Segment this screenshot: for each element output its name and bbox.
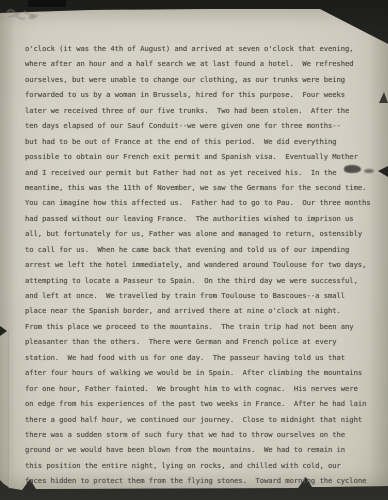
text-line: possible to obtain our French exit permi… [25,149,377,164]
ink-smudge [344,165,361,173]
text-line: arrest we left the hotel immediately, an… [25,257,377,272]
paper-crease [8,330,10,488]
text-line: forwarded to us by a woman in Brussels, … [25,87,377,102]
typewritten-text: o'clock (it was the 4th of August) and a… [25,41,377,489]
text-line: on edge from his experiences of the past… [25,396,377,411]
text-line: ourselves, but were unable to change our… [25,72,377,87]
text-line: and left at once. We travelled by train … [25,288,377,303]
text-line: for one hour, Father fainted. We brought… [25,381,377,396]
text-line: after four hours of walking we would be … [25,365,377,380]
text-line: later we received three of our five trun… [25,103,377,118]
text-line: From this place we proceed to the mounta… [25,319,377,334]
text-line: o'clock (it was the 4th of August) and a… [25,41,377,56]
text-line: had passed without our leaving France. T… [25,211,377,226]
text-line: all, but fortunately for us, Father was … [25,226,377,241]
text-line: place near the Spanish border, and arriv… [25,303,377,318]
text-line: this position the entire night, lying on… [25,458,377,473]
text-line: where after an hour and a half search we… [25,56,377,71]
text-line: to call for us. When he came back that e… [25,242,377,257]
left-edge-tear [0,326,7,336]
pencil-mark-icon [5,6,43,24]
right-edge-tear [378,166,388,177]
text-line: ground or we would have been blown from … [25,442,377,457]
text-line: You can imagine how this affected us. Fa… [25,195,377,210]
text-line: and I received our permit but Father had… [25,165,377,180]
scanned-document-photo: o'clock (it was the 4th of August) and a… [0,0,388,500]
text-line: but had to be out of France at the end o… [25,134,377,149]
text-line: meantime, this was the 11th of November,… [25,180,377,195]
text-line: attempting to locate a Passeur to Spain.… [25,273,377,288]
text-line: pleasanter than the others. There were G… [25,334,377,349]
text-line: there a good half hour, we continued our… [25,412,377,427]
text-line: faces hidden to protect them from the fl… [25,473,377,488]
right-edge-mark [379,92,388,103]
text-line: station. We had food with us for one day… [25,350,377,365]
text-line: ten days elapsed of our Sauf Conduit--we… [25,118,377,133]
ink-smudge-small [364,169,374,173]
text-line: there was a sudden storm of such fury th… [25,427,377,442]
